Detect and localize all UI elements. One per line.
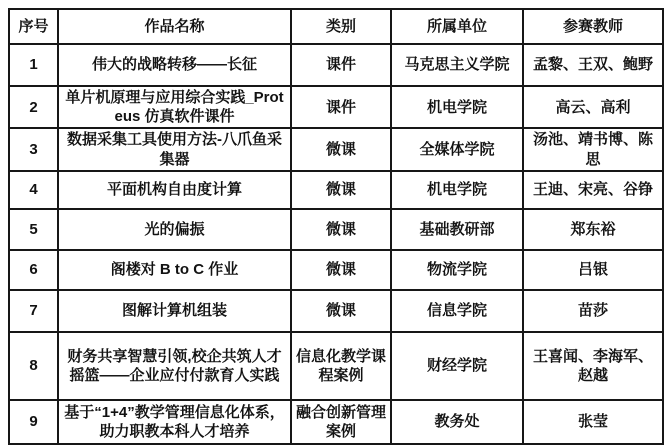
header-row: 序号 作品名称 类别 所属单位 参赛教师 [9,9,663,44]
cell-title: 基于“1+4”教学管理信息化体系，助力职教本科人才培养 [58,400,291,444]
cell-teachers: 吕银 [523,250,663,290]
table-row: 3 数据采集工具使用方法-八爪鱼采集器 微课 全媒体学院 汤池、靖书博、陈思 [9,128,663,170]
cell-unit: 机电学院 [391,86,523,128]
cell-title: 图解计算机组装 [58,290,291,332]
cell-no: 2 [9,86,58,128]
cell-title: 数据采集工具使用方法-八爪鱼采集器 [58,128,291,170]
cell-title: 伟大的战略转移——长征 [58,44,291,86]
column-header-teachers: 参赛教师 [523,9,663,44]
cell-category: 微课 [291,250,391,290]
cell-category: 微课 [291,209,391,250]
table-row: 5 光的偏振 微课 基础教研部 郑东裕 [9,209,663,250]
cell-teachers: 郑东裕 [523,209,663,250]
cell-unit: 马克思主义学院 [391,44,523,86]
table-row: 4 平面机构自由度计算 微课 机电学院 王迪、宋亮、谷铮 [9,171,663,209]
cell-category: 信息化教学课程案例 [291,332,391,400]
table-row: 8 财务共享智慧引领,校企共筑人才摇篮——企业应付付款育人实践 信息化教学课程案… [9,332,663,400]
cell-teachers: 苗莎 [523,290,663,332]
cell-no: 3 [9,128,58,170]
column-header-category: 类别 [291,9,391,44]
cell-unit: 全媒体学院 [391,128,523,170]
cell-category: 微课 [291,128,391,170]
cell-no: 6 [9,250,58,290]
table-row: 9 基于“1+4”教学管理信息化体系，助力职教本科人才培养 融合创新管理案例 教… [9,400,663,444]
cell-title: 财务共享智慧引领,校企共筑人才摇篮——企业应付付款育人实践 [58,332,291,400]
cell-unit: 物流学院 [391,250,523,290]
cell-no: 7 [9,290,58,332]
cell-teachers: 高云、高利 [523,86,663,128]
cell-unit: 信息学院 [391,290,523,332]
entries-table: 序号 作品名称 类别 所属单位 参赛教师 1 伟大的战略转移——长征 课件 马克… [8,8,664,445]
cell-title: 平面机构自由度计算 [58,171,291,209]
cell-teachers: 王喜闻、李海军、赵越 [523,332,663,400]
cell-category: 融合创新管理案例 [291,400,391,444]
cell-teachers: 孟黎、王双、鲍野 [523,44,663,86]
cell-teachers: 张莹 [523,400,663,444]
cell-no: 1 [9,44,58,86]
table-row: 1 伟大的战略转移——长征 课件 马克思主义学院 孟黎、王双、鲍野 [9,44,663,86]
cell-no: 8 [9,332,58,400]
table-row: 7 图解计算机组装 微课 信息学院 苗莎 [9,290,663,332]
cell-no: 4 [9,171,58,209]
column-header-no: 序号 [9,9,58,44]
cell-no: 9 [9,400,58,444]
column-header-unit: 所属单位 [391,9,523,44]
cell-category: 课件 [291,86,391,128]
cell-title: 单片机原理与应用综合实践_Proteus 仿真软件课件 [58,86,291,128]
cell-category: 微课 [291,290,391,332]
cell-no: 5 [9,209,58,250]
table-row: 6 阁楼对 B to C 作业 微课 物流学院 吕银 [9,250,663,290]
cell-category: 微课 [291,171,391,209]
cell-unit: 机电学院 [391,171,523,209]
cell-unit: 基础教研部 [391,209,523,250]
cell-teachers: 汤池、靖书博、陈思 [523,128,663,170]
cell-title: 阁楼对 B to C 作业 [58,250,291,290]
cell-title: 光的偏振 [58,209,291,250]
cell-unit: 财经学院 [391,332,523,400]
column-header-title: 作品名称 [58,9,291,44]
cell-category: 课件 [291,44,391,86]
cell-teachers: 王迪、宋亮、谷铮 [523,171,663,209]
cell-unit: 教务处 [391,400,523,444]
table-row: 2 单片机原理与应用综合实践_Proteus 仿真软件课件 课件 机电学院 高云… [9,86,663,128]
